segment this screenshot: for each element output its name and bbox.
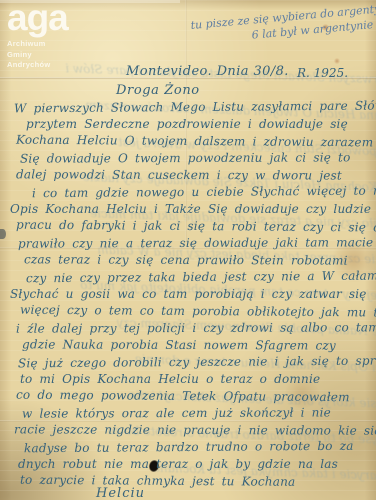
letter-line: prawiło czy nie a teraz się dowiaduje ja… — [10, 234, 374, 252]
archive-org-line: Andrychów — [7, 60, 68, 71]
signature: Helciu — [96, 486, 145, 500]
archive-logo: aga — [7, 0, 68, 36]
archive-org-line: Archiwum — [7, 39, 68, 50]
letter-line: Się już czego dorobili czy jeszcze nie i… — [10, 353, 374, 373]
letter-line: to zarycie i taka chmyka jest tu Kochana — [10, 472, 374, 492]
archive-org-name: Archiwum Gminy Andrychów — [7, 39, 68, 71]
archivist-annotation: tu pisze ze się wybiera do argentyny 6 l… — [190, 1, 376, 47]
letter-line: co do mego powodzenia Tetek Ofpatu praco… — [10, 387, 374, 407]
scanned-letter-page: W pierwszych Słowach Mego Listu zasyłamc… — [0, 0, 376, 500]
letter-body: W pierwszych Słowach Mego Listu zasyłamc… — [10, 99, 374, 490]
letter-line: Słychać u gosii wa co tam porobiają i cz… — [10, 286, 374, 303]
letter-line: Opis Kochana Helciu i Także Się dowiaduj… — [10, 201, 374, 218]
letter-line: więcej czy o tem co tam porobia obłikote… — [10, 302, 374, 322]
year-mark: R. 1925. — [297, 66, 348, 80]
archive-org-line: Gminy — [7, 50, 68, 61]
letter-line: kadyse bo tu teraz bardzo trudno o robot… — [10, 438, 374, 458]
letter-line: dnych robut nie ma teraz o jak by gdzie … — [10, 456, 374, 473]
letter-line: Się dowiaduje O twojem powodzeniu jak ci… — [10, 149, 374, 167]
letter-line: Kochana Helciu O twojem dalszem i zdrowi… — [10, 132, 374, 152]
letter-line: w lesie którys oraz ale cem już skończył… — [10, 404, 374, 422]
letter-line: dalej powodzi Stan cuseckem i czy w dwor… — [10, 166, 374, 184]
letter-line: czy nie czy przez taka bieda jest czy ni… — [10, 268, 374, 288]
letter-line: gdzie Nauka porobia Stasi nowem Sfagrem … — [10, 336, 374, 354]
letter-line: i źle dalej przy tej policji i czy zdrow… — [10, 319, 374, 337]
letter-line: przytem Serdeczne pozdrowienie i dowiadu… — [10, 116, 374, 133]
ink-smudge — [0, 229, 6, 239]
letter-line: pracu do fabryki i jak ci się ta robi te… — [10, 217, 374, 237]
rust-spot — [334, 58, 340, 64]
salutation: Droga Żono — [116, 83, 200, 98]
place-date-line: Montevideo. Dnia 30/8. — [126, 64, 289, 79]
archive-watermark: aga Archiwum Gminy Andrychów — [7, 0, 68, 71]
letter-line: racie jeszcze nigdzie nie pracuje i nie … — [10, 421, 374, 439]
letter-line: to mi Opis Kochana Helciu o teraz o domn… — [10, 371, 374, 388]
letter-line: czas teraz i czy się cena prawiło Stein … — [10, 251, 374, 269]
letter-line: W pierwszych Słowach Mego Listu zasyłamc… — [10, 98, 374, 118]
letter-line: i co tam gdzie nowego u ciebie Słychać w… — [10, 183, 374, 203]
